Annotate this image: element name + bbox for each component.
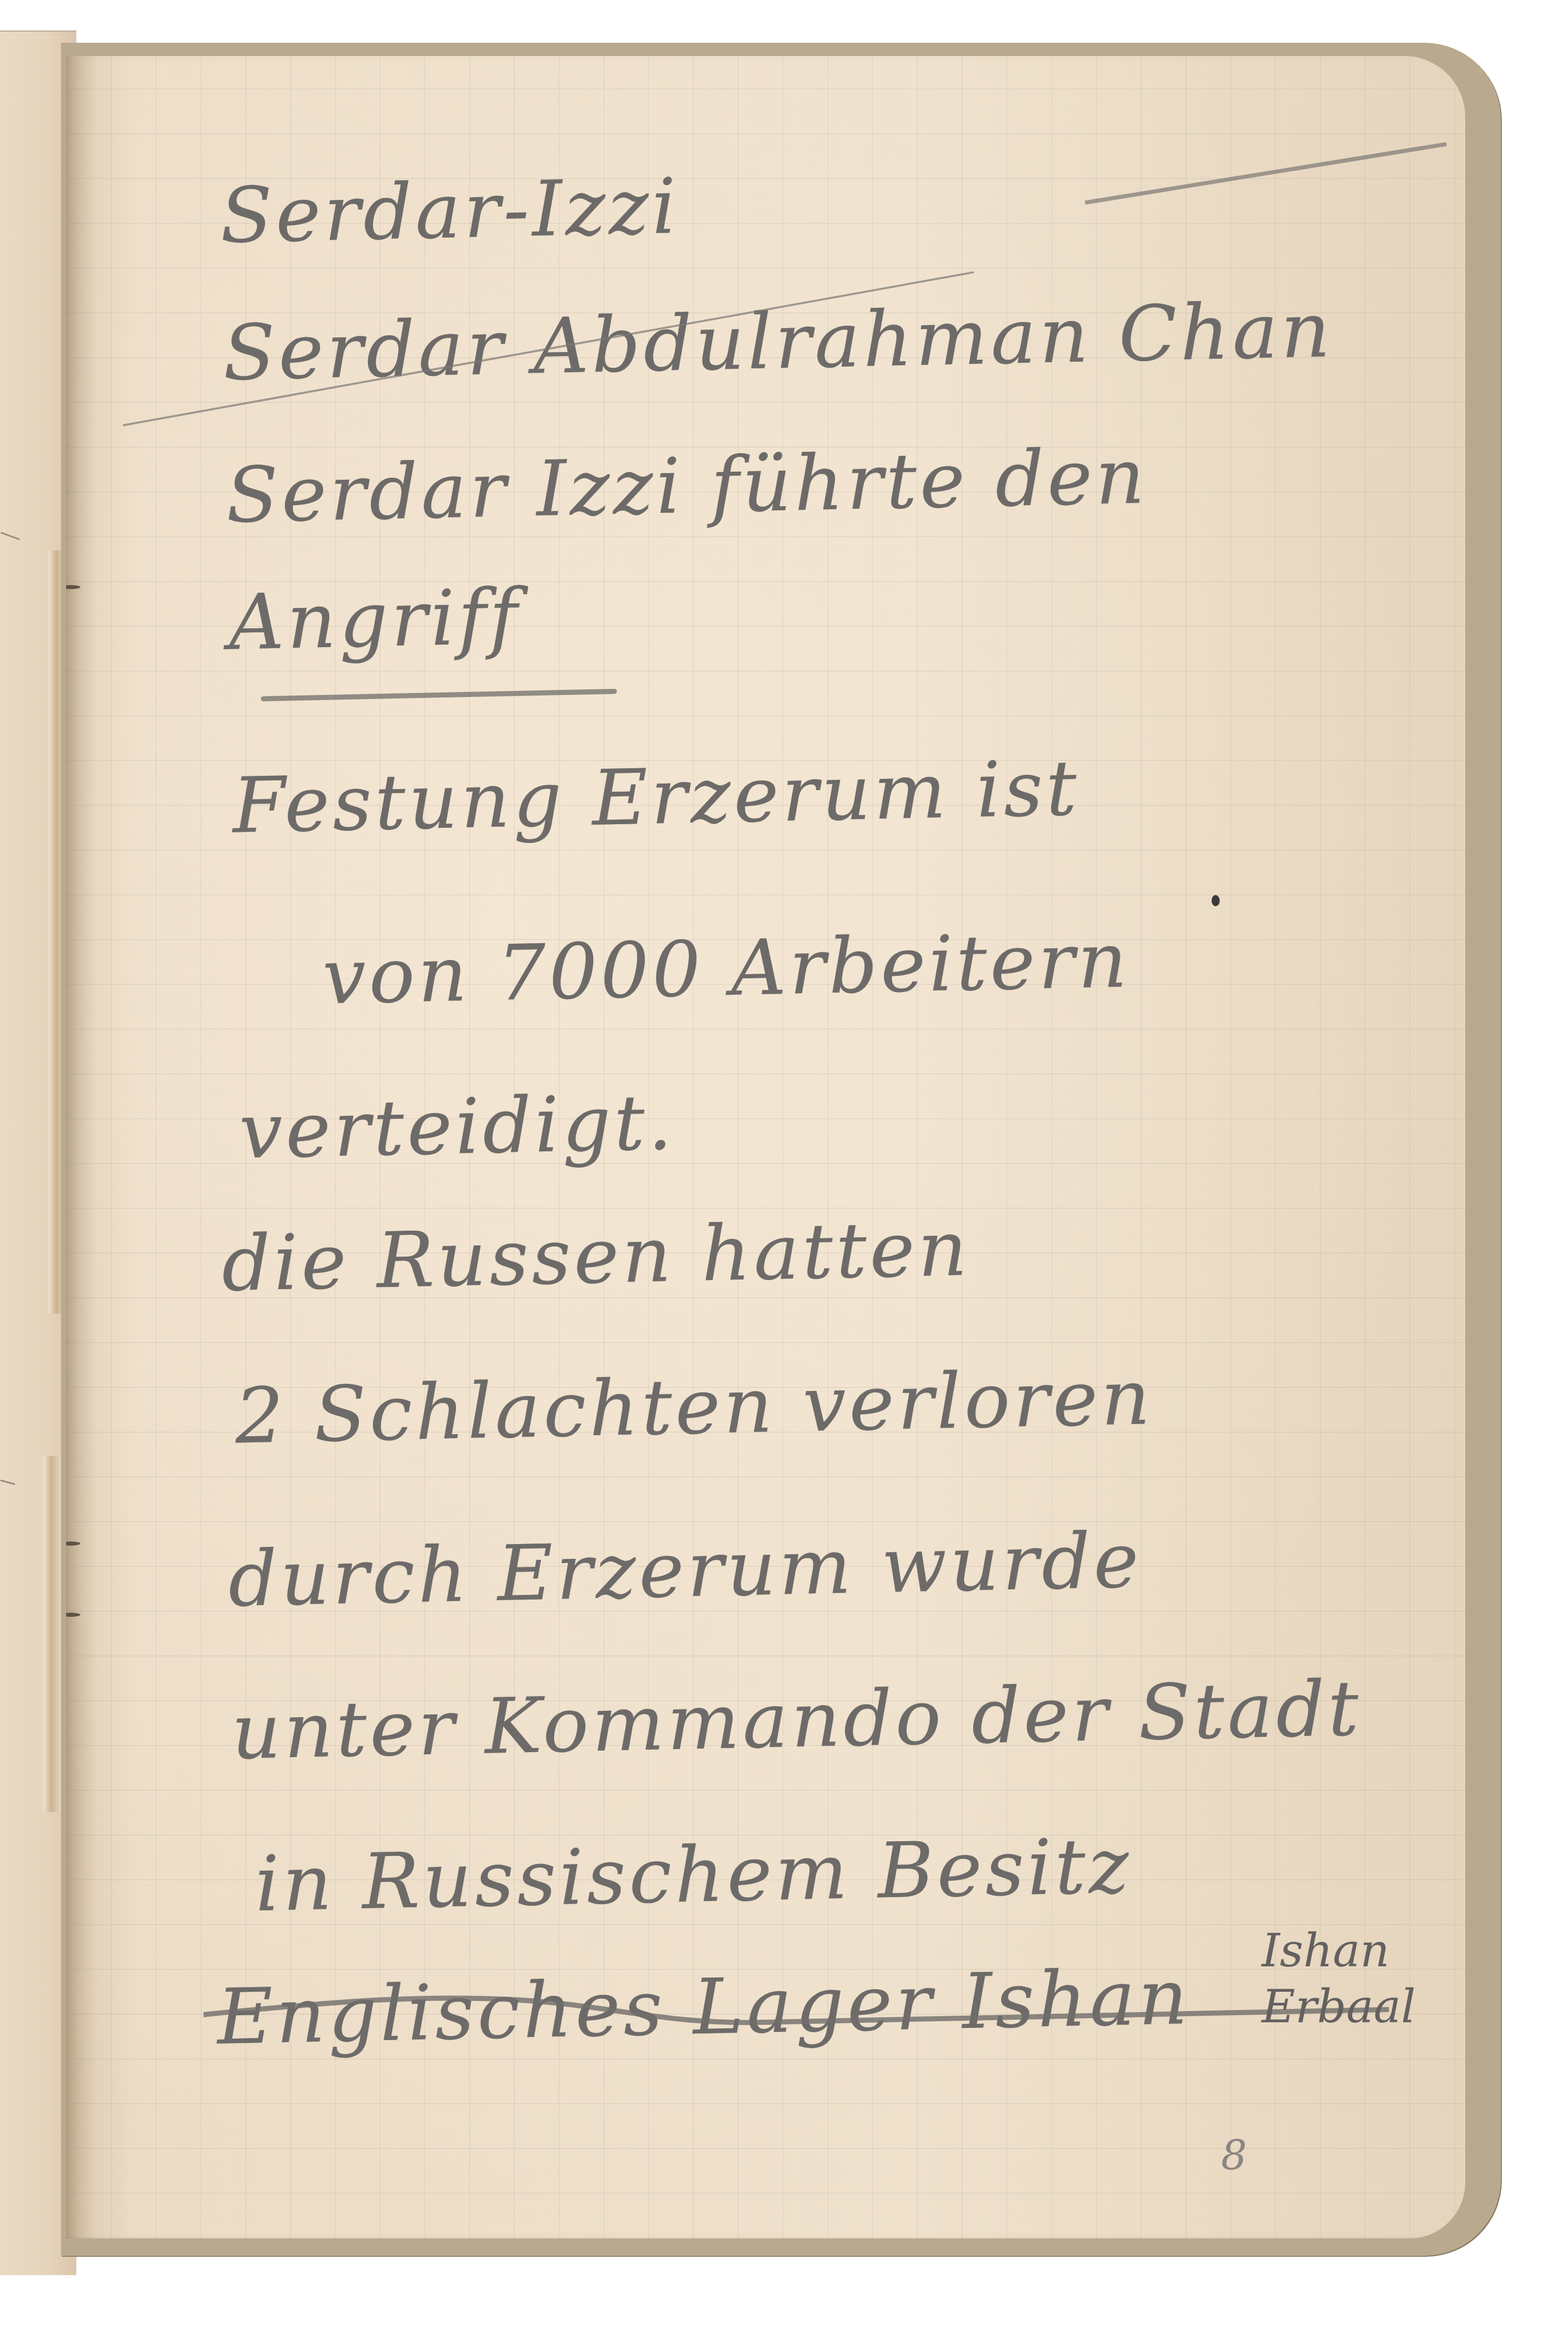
handwritten-text: Serdar-Izzi Serdar Abdulrahman Chan Serd… xyxy=(219,122,1439,148)
pencil-dot xyxy=(1211,895,1219,906)
handwriting-line-heading: Serdar-Izzi xyxy=(219,168,680,254)
notebook-page: Serdar-Izzi Serdar Abdulrahman Chan Serd… xyxy=(66,56,1465,2238)
corner-note-upper: Ishan xyxy=(1262,1928,1389,1974)
wavy-underline-stroke xyxy=(204,1974,1389,2035)
torn-page-stub xyxy=(43,1456,64,1812)
underline-stroke xyxy=(261,689,617,702)
handwriting-line: die Russen hatten xyxy=(221,1211,971,1303)
handwriting-line: von 7000 Arbeitern xyxy=(322,922,1131,1015)
handwriting-line: durch Erzerum wurde xyxy=(227,1523,1142,1618)
handwriting-line: in Russischem Besitz xyxy=(254,1828,1133,1923)
diagonal-stroke xyxy=(1085,142,1447,205)
handwriting-line: unter Kommando der Stadt xyxy=(231,1671,1362,1770)
page-number: 8 xyxy=(1221,2132,1247,2179)
binding-fold-shadow xyxy=(66,56,97,2238)
handwriting-line: 2 Schlachten verloren xyxy=(235,1359,1154,1455)
handwriting-line-underlined: Angriff xyxy=(228,579,521,661)
handwriting-line: verteidigt. xyxy=(239,1085,676,1170)
handwriting-line: Serdar Izzi führte den xyxy=(225,439,1148,534)
handwriting-line: Festung Erzerum ist xyxy=(232,750,1081,845)
pencil-mark xyxy=(1,532,20,540)
corner-note-lower: Erbaal xyxy=(1262,1984,1415,2030)
pencil-mark xyxy=(0,1479,15,1485)
